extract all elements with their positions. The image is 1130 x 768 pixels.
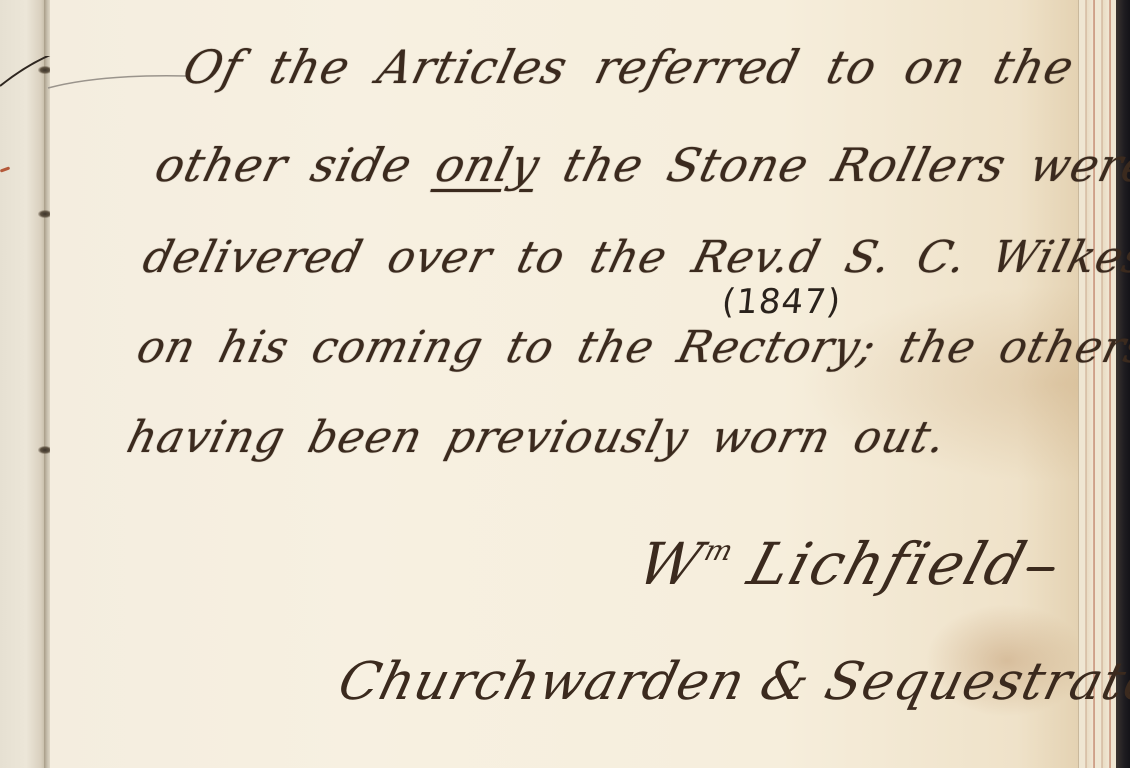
underlined-word: only [430, 138, 545, 192]
text-line-4-end: ; the others [853, 322, 1130, 373]
signature-prefix: W [630, 530, 711, 598]
text-line-4: on his coming to the Rectory; the others [132, 322, 1130, 373]
signature-name: Lichfield [720, 530, 1035, 598]
year-annotation: (1847) [720, 282, 843, 322]
text-line-1: Of the Articles referred to on the [178, 40, 1080, 94]
text-line-3: delivered over to the Rev.d S. C. Wilkes [138, 232, 1130, 283]
signature-flourish [1026, 567, 1055, 571]
text-line-2-end: the Stone Rollers were [532, 138, 1130, 192]
text-line-2: other side only the Stone Rollers were [150, 138, 1130, 192]
text-line-2-start: other side [150, 138, 444, 192]
text-line-5: having been previously worn out. [122, 412, 952, 463]
signature: Wm Lichfield [630, 530, 1065, 598]
handwritten-text: Of the Articles referred to on the other… [0, 0, 1130, 768]
book-spread: Of the Articles referred to on the other… [0, 0, 1130, 768]
signatory-title: Churchwarden & Sequestrator. [333, 652, 1130, 712]
text-line-4-start: on his coming to the Rectory [132, 322, 866, 373]
